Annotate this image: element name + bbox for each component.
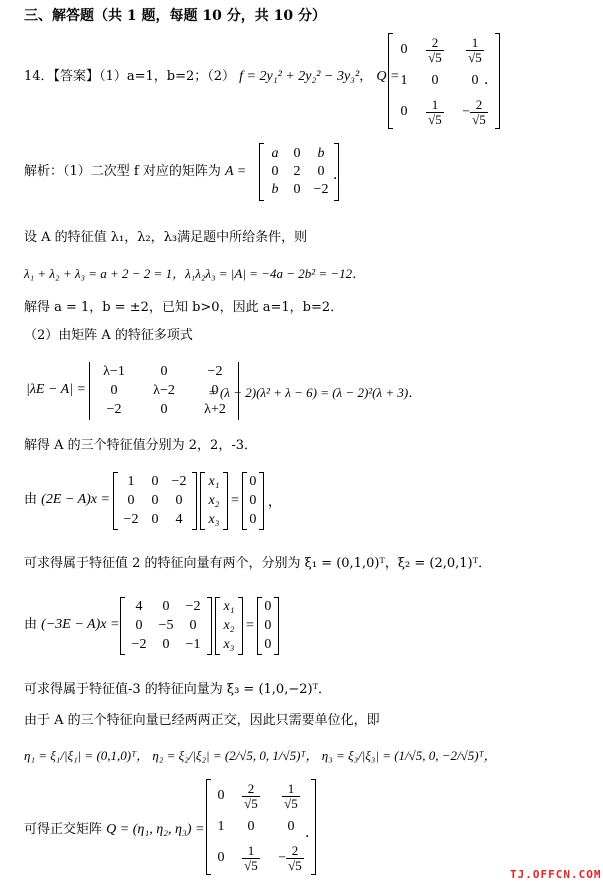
matrix-cell: 1: [128, 474, 135, 490]
matrix-cell: 0: [288, 819, 295, 835]
left-bracket: [242, 472, 247, 530]
q-matrix-final: 0 2√5 1√5 1 0 0 0 1√5 −2√5: [206, 779, 316, 875]
eq2-system: 4 0 −2 0 −5 0 −2 0 −1 x₁ x₂ x₃ = 0 0 0: [120, 597, 279, 655]
analysis-line-8: 可求得属于特征值-3 的特征向量为 ξ₃ = (1,0,−2)ᵀ．: [24, 682, 331, 698]
matrix-cell: 1√5: [466, 36, 484, 65]
a-matrix: a 0 b 0 2 0 b 0 −2: [259, 143, 339, 201]
right-bracket: [223, 472, 228, 530]
matrix-cell: 0: [401, 104, 408, 120]
vector-cell: x₁: [223, 599, 234, 615]
eq1-prefix: 由: [24, 492, 37, 507]
matrix-cell: 0: [128, 493, 135, 509]
matrix-cell: 0: [218, 850, 225, 866]
matrix-cell: 0: [218, 788, 225, 804]
vector-cell: 0: [249, 474, 256, 490]
eta2-expression: η₂ = ξ₂/|ξ₂| = (2/√5, 0, 1/√5)ᵀ，: [152, 748, 318, 763]
eq2-prefix: 由: [24, 617, 37, 632]
matrix-cell: 0: [472, 73, 479, 89]
left-bracket: [259, 143, 264, 201]
period: ．: [305, 822, 319, 842]
matrix-cell: 0: [190, 618, 197, 634]
matrix-cell: 0: [111, 383, 118, 399]
matrix-cell: 0: [272, 164, 279, 180]
matrix-cell: b: [272, 182, 279, 198]
right-bracket: [259, 472, 264, 530]
det-label: |λE − A| =: [26, 382, 86, 398]
analysis-line-4: 解得 a = 1，b = ±2，已知 b>0，因此 a=1，b=2．: [24, 300, 343, 316]
matrix-cell: −2: [172, 474, 187, 490]
comma: ，: [264, 491, 282, 511]
final-q-label: Q = (η₁, η₂, η₃) =: [106, 822, 204, 837]
matrix-cell: a: [272, 146, 279, 162]
matrix-cell: 0: [152, 493, 159, 509]
right-bracket: [207, 597, 212, 655]
matrix-cell: −2√5: [278, 844, 304, 873]
left-bracket: [200, 472, 205, 530]
matrix-cell: 0: [401, 42, 408, 58]
eq1-label: (2E − A)x =: [41, 492, 110, 507]
left-bracket: [257, 597, 262, 655]
matrix-cell: −2: [208, 364, 223, 380]
matrix-cell: −2: [124, 512, 139, 528]
matrix-cell: λ−1: [103, 364, 125, 380]
answer-tag: 【答案】: [54, 69, 100, 84]
analysis-line-2: 设 A 的特征值 λ₁，λ₂，λ₃满足题中所给条件，则: [24, 230, 307, 246]
matrix-cell: 4: [136, 599, 143, 615]
eta1-expression: η₁ = ξ₁/|ξ₁| = (0,1,0)ᵀ，: [24, 748, 149, 763]
final-prefix: 可得正交矩阵: [24, 822, 102, 837]
left-bracket: [120, 597, 125, 655]
section-header: 三、解答题（共 1 题，每题 10 分，共 10 分）: [24, 5, 326, 25]
matrix-cell: 0: [152, 512, 159, 528]
vector-cell: 0: [264, 618, 271, 634]
vector-cell: x₂: [223, 618, 234, 634]
matrix-cell: −5: [159, 618, 174, 634]
vector-cell: 0: [249, 493, 256, 509]
eq2-line: 由 (−3E − A)x =: [24, 617, 119, 633]
separator: ，: [359, 69, 372, 84]
answer-part1: （1）a=1，b=2；（2）: [99, 69, 235, 84]
matrix-cell: b: [318, 146, 325, 162]
matrix-cell: λ−2: [153, 383, 175, 399]
matrix-cell: −2√5: [462, 98, 488, 127]
matrix-cell: 1√5: [242, 844, 260, 873]
matrix-cell: −2: [107, 402, 122, 418]
right-bracket: [274, 597, 279, 655]
right-bracket: [238, 597, 243, 655]
vector-cell: x₂: [208, 493, 219, 509]
normalization-line: η₁ = ξ₁/|ξ₁| = (0,1,0)ᵀ， η₂ = ξ₂/|ξ₂| = …: [24, 745, 497, 764]
matrix-cell: 0: [161, 402, 168, 418]
a-label: A =: [225, 164, 246, 179]
eq1-system: 1 0 −2 0 0 0 −2 0 4 x₁ x₂ x₃ = 0 0 0 ，: [113, 472, 282, 530]
vector-cell: 0: [249, 512, 256, 528]
vector-cell: x₁: [208, 474, 219, 490]
left-bracket: [206, 779, 211, 875]
vector-cell: 0: [264, 637, 271, 653]
vector-cell: x₃: [223, 637, 234, 653]
analysis-line-9: 由于 A 的三个特征向量已经两两正交，因此只需要单位化，即: [24, 713, 380, 729]
eq1-line: 由 (2E − A)x =: [24, 492, 110, 508]
matrix-cell: 0: [176, 493, 183, 509]
question-number: 14．: [24, 69, 54, 84]
matrix-cell: 1: [401, 73, 408, 89]
det-result: = (λ − 2)(λ² + λ − 6) = (λ − 2)²(λ + 3)．: [208, 382, 421, 401]
matrix-cell: λ+2: [204, 402, 226, 418]
matrix-cell: 0: [248, 819, 255, 835]
eq2-label: (−3E − A)x =: [41, 617, 119, 632]
period: ．: [333, 164, 347, 184]
eta3-expression: η₃ = ξ₃/|ξ₃| = (1/√5, 0, −2/√5)ᵀ，: [322, 748, 497, 763]
matrix-cell: −1: [186, 637, 201, 653]
matrix-cell: 0: [152, 474, 159, 490]
period: ．: [484, 69, 498, 89]
equals-sign: =: [243, 618, 257, 634]
left-bracket: [215, 597, 220, 655]
vector-cell: x₃: [208, 512, 219, 528]
analysis-line-1: 解析：（1）二次型 f 对应的矩阵为 A =: [24, 164, 246, 180]
matrix-cell: 2√5: [242, 782, 260, 811]
matrix-cell: 1√5: [426, 98, 444, 127]
analysis-line-5: （2）由矩阵 A 的特征多项式: [24, 328, 193, 344]
matrix-cell: 0: [163, 637, 170, 653]
matrix-cell: 0: [163, 599, 170, 615]
matrix-cell: 0: [161, 364, 168, 380]
matrix-cell: −2: [186, 599, 201, 615]
right-bracket: [192, 472, 197, 530]
matrix-cell: 1√5: [282, 782, 300, 811]
left-bracket: [113, 472, 118, 530]
matrix-cell: 2: [294, 164, 301, 180]
vector-cell: 0: [264, 599, 271, 615]
f-expression: f = 2y₁² + 2y₂² − 3y₃²: [239, 69, 359, 84]
matrix-cell: −2: [132, 637, 147, 653]
analysis-line-3: λ₁ + λ₂ + λ₃ = a + 2 − 2 = 1，λ₁λ₂λ₃ = |A…: [24, 266, 365, 282]
matrix-cell: 0: [294, 182, 301, 198]
matrix-cell: 0: [136, 618, 143, 634]
left-bracket: [388, 33, 393, 129]
analysis-line-6: 解得 A 的三个特征值分别为 2，2，-3．: [24, 438, 257, 454]
matrix-cell: 0: [318, 164, 325, 180]
equals-sign: =: [228, 493, 242, 509]
matrix-cell: 4: [176, 512, 183, 528]
watermark-logo: TJ.OFFCN.COM: [510, 868, 601, 881]
final-q-line: 可得正交矩阵 Q = (η₁, η₂, η₃) =: [24, 822, 204, 838]
matrix-cell: 1: [218, 819, 225, 835]
analysis-line-7: 可求得属于特征值 2 的特征向量有两个，分别为 ξ₁ = (0,1,0)ᵀ，ξ₂…: [24, 556, 491, 572]
analysis-text: 解析：（1）二次型 f 对应的矩阵为: [24, 164, 221, 179]
left-bar: [89, 362, 92, 420]
matrix-cell: 2√5: [426, 36, 444, 65]
matrix-cell: 0: [432, 73, 439, 89]
matrix-cell: 0: [294, 146, 301, 162]
question-answer-line: 14．【答案】（1）a=1，b=2；（2） f = 2y₁² + 2y₂² − …: [24, 69, 399, 85]
matrix-cell: −2: [314, 182, 329, 198]
